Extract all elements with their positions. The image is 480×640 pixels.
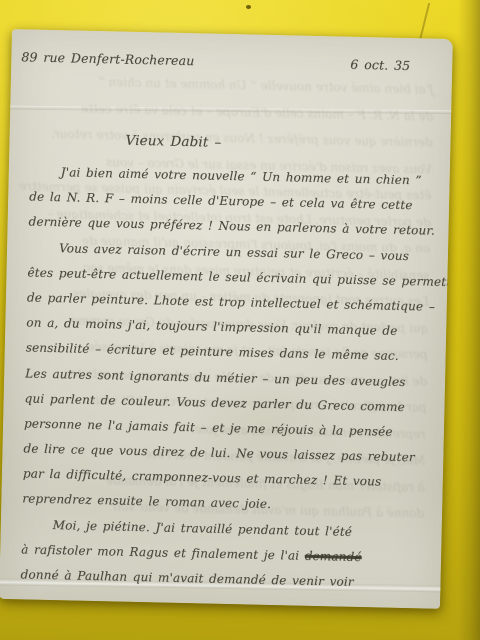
fold-crease-top <box>6 106 453 115</box>
dust-speck <box>246 5 251 9</box>
letter-header: 89 rue Denfert-Rochereau 6 oct. 35 <box>21 49 410 73</box>
letter-paper: J'ai bien aimé votre nouvelle “ Un homme… <box>0 29 453 609</box>
letter-date: 6 oct. 35 <box>350 57 410 73</box>
background-edge-shadow <box>458 0 480 640</box>
sender-address: 89 rue Denfert-Rochereau <box>21 49 194 68</box>
letter-body: J'ai bien aimé votre nouvelle “ Un homme… <box>20 159 444 596</box>
struck-word: demandé <box>305 549 362 564</box>
salutation: Vieux Dabit – <box>125 133 221 151</box>
photo-background: J'ai bien aimé votre nouvelle “ Un homme… <box>0 0 480 640</box>
